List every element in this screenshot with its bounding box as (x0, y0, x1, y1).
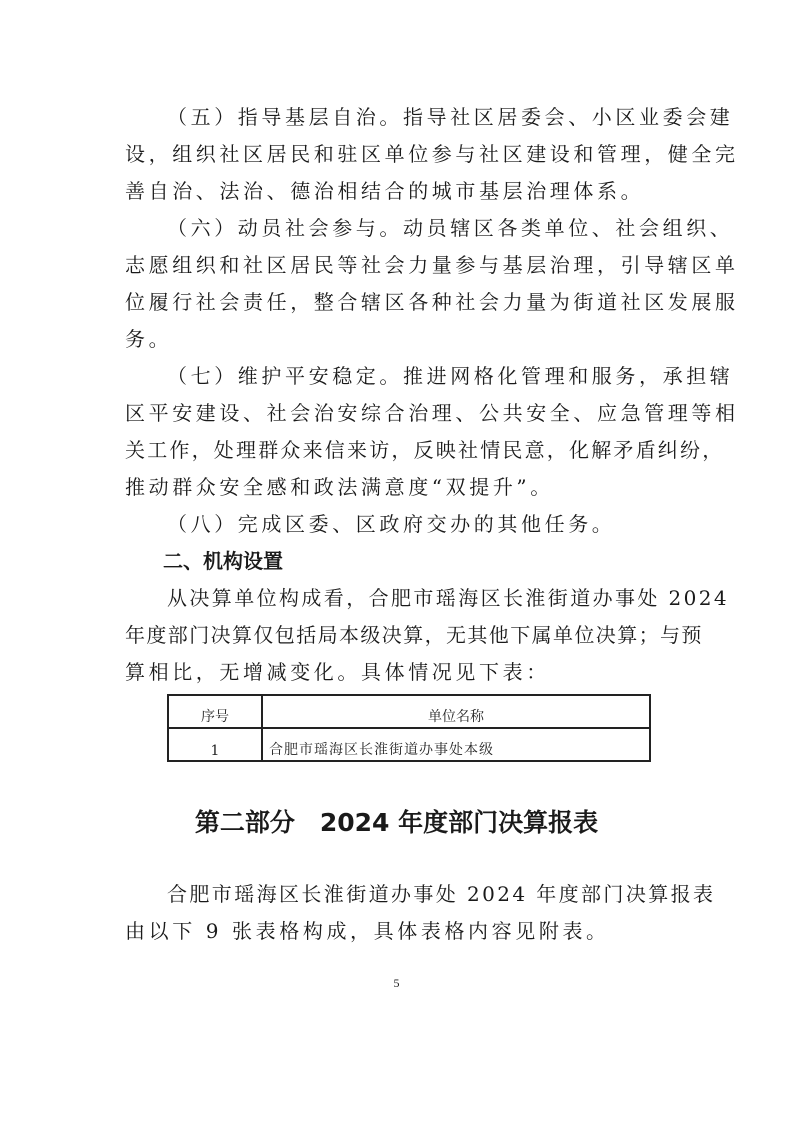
paragraph-six-line-2: 志愿组织和社区居民等社会力量参与基层治理，引导辖区单 (125, 251, 739, 279)
paragraph-five-line-1: （五）指导基层自治。指导社区居委会、小区业委会建 (167, 103, 733, 131)
part-two-title: 第二部分 2024 年度部门决算报表 (0, 806, 793, 840)
cell-unit-name: 合肥市瑶海区长淮街道办事处本级 (262, 728, 650, 761)
table-row: 1 合肥市瑶海区长淮街道办事处本级 (168, 728, 650, 761)
paragraph-seven-line-4: 推动群众安全感和政法满意度“双提升”。 (125, 473, 554, 501)
section-body-line-3: 算相比，无增减变化。具体情况见下表： (125, 658, 550, 686)
paragraph-seven-line-2: 区平安建设、社会治安综合治理、公共安全、应急管理等相 (125, 399, 739, 427)
paragraph-five-line-2: 设，组织社区居民和驻区单位参与社区建设和管理，健全完 (125, 140, 739, 168)
paragraph-six-line-1: （六）动员社会参与。动员辖区各类单位、社会组织、 (167, 214, 733, 242)
paragraph-six-line-3: 位履行社会责任，整合辖区各种社会力量为街道社区发展服 (125, 288, 739, 316)
page-number: 5 (0, 976, 793, 991)
section-body-line-2: 年度部门决算仅包括局本级决算，无其他下属单位决算；与预 (125, 621, 703, 649)
paragraph-eight-line-1: （八）完成区委、区政府交办的其他任务。 (167, 510, 615, 538)
paragraph-seven-line-1: （七）维护平安稳定。推进网格化管理和服务，承担辖 (167, 362, 733, 390)
section-body-line-1: 从决算单位构成看，合肥市瑶海区长淮街道办事处 2024 (167, 584, 729, 612)
section-heading-org-setup: 二、机构设置 (163, 547, 283, 575)
header-serial-number: 序号 (168, 695, 262, 728)
paragraph-six-line-4: 务。 (125, 325, 172, 353)
units-table: 序号 单位名称 1 合肥市瑶海区长淮街道办事处本级 (167, 694, 651, 762)
table-header-row: 序号 单位名称 (168, 695, 650, 728)
cell-serial-number: 1 (168, 728, 262, 761)
header-unit-name: 单位名称 (262, 695, 650, 728)
part-body-line-2: 由以下 9 张表格构成，具体表格内容见附表。 (125, 917, 610, 945)
paragraph-seven-line-3: 关工作，处理群众来信来访，反映社情民意，化解矛盾纠纷， (125, 436, 724, 464)
part-body-line-1: 合肥市瑶海区长淮街道办事处 2024 年度部门决算报表 (167, 880, 715, 908)
paragraph-five-line-3: 善自治、法治、德治相结合的城市基层治理体系。 (125, 177, 644, 205)
